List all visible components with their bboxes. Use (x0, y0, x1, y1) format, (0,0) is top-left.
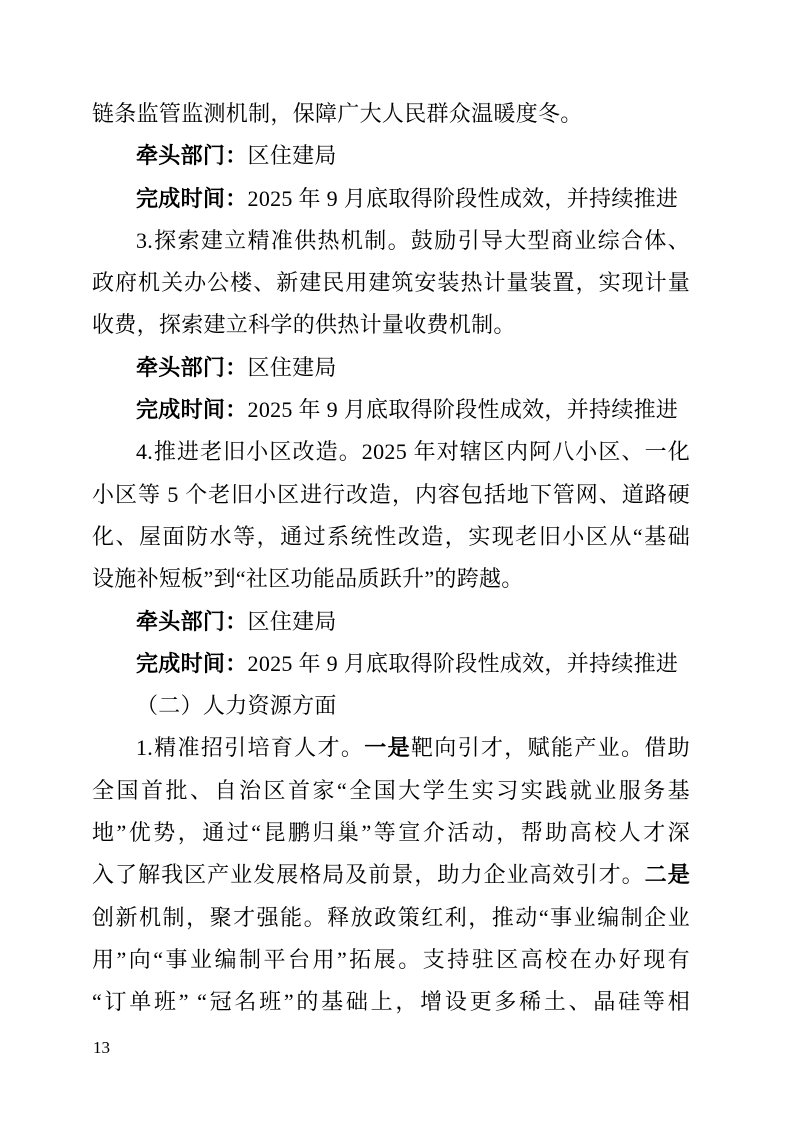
text-run: 3.探索建立精准供热机制。鼓励引导大型商业综合体、 (136, 228, 690, 253)
task4-line-1: 4.推进老旧小区改造。2025 年对辖区内阿八小区、一化 (92, 431, 690, 473)
text-run: “订单班” “冠名班”的基础上，增设更多稀土、晶硅等相 (92, 989, 690, 1014)
section-heading: （二）人力资源方面 (92, 685, 690, 727)
completion-time-value: 2025 年 9 月底取得阶段性成效，并持续推进 (248, 186, 679, 211)
completion-time-line: 完成时间：2025 年 9 月底取得阶段性成效，并持续推进 (92, 389, 690, 431)
lead-department-label: 牵头部门： (136, 143, 248, 168)
task3-line-3: 收费，探索建立科学的供热计量收费机制。 (92, 304, 690, 346)
completion-time-label: 完成时间： (136, 186, 248, 211)
text-run: 地”优势，通过“昆鹏归巢”等宣介活动，帮助高校人才深 (92, 820, 690, 845)
text-run: 靶向引才，赋能产业。借助 (411, 735, 690, 760)
document-body: 链条监管监测机制，保障广大人民群众温暖度冬。 牵头部门：区住建局 完成时间：20… (92, 93, 690, 1024)
task4-line-3: 化、屋面防水等，通过系统性改造，实现老旧小区从“基础 (92, 516, 690, 558)
text-run: 化、屋面防水等，通过系统性改造，实现老旧小区从“基础 (92, 524, 690, 549)
task4-line-2: 小区等 5 个老旧小区进行改造，内容包括地下管网、道路硬 (92, 474, 690, 516)
hr-line-3: 地”优势，通过“昆鹏归巢”等宣介活动，帮助高校人才深 (92, 812, 690, 854)
document-page: 链条监管监测机制，保障广大人民群众温暖度冬。 牵头部门：区住建局 完成时间：20… (0, 0, 793, 1122)
text-run: 收费，探索建立科学的供热计量收费机制。 (92, 312, 516, 337)
text-run: 全国首批、自治区首家“全国大学生实习实践就业服务基 (92, 778, 690, 803)
lead-department-value: 区住建局 (248, 609, 337, 634)
text-run: 4.推进老旧小区改造。2025 年对辖区内阿八小区、一化 (136, 439, 690, 464)
body-line: 链条监管监测机制，保障广大人民群众温暖度冬。 (92, 93, 690, 135)
task3-line-1: 3.探索建立精准供热机制。鼓励引导大型商业综合体、 (92, 220, 690, 262)
text-run: 链条监管监测机制，保障广大人民群众温暖度冬。 (92, 101, 583, 126)
completion-time-line: 完成时间：2025 年 9 月底取得阶段性成效，并持续推进 (92, 643, 690, 685)
page-footer: 13 (93, 1038, 110, 1058)
lead-department-line: 牵头部门：区住建局 (92, 601, 690, 643)
text-run: 入了解我区产业发展格局及前景，助力企业高效引才。 (92, 862, 645, 887)
hr-line-2: 全国首批、自治区首家“全国大学生实习实践就业服务基 (92, 770, 690, 812)
section-heading-text: （二）人力资源方面 (136, 693, 337, 718)
task3-line-2: 政府机关办公楼、新建民用建筑安装热计量装置，实现计量 (92, 262, 690, 304)
hr-line-7: “订单班” “冠名班”的基础上，增设更多稀土、晶硅等相 (92, 981, 690, 1023)
emphasis-second: 二是 (645, 862, 690, 887)
completion-time-label: 完成时间： (136, 651, 248, 676)
text-run: 设施补短板”到“社区功能品质跃升”的跨越。 (92, 566, 524, 591)
text-run: 政府机关办公楼、新建民用建筑安装热计量装置，实现计量 (92, 270, 690, 295)
emphasis-first: 一是 (364, 735, 411, 760)
hr-line-1: 1.精准招引培育人才。一是靶向引才，赋能产业。借助 (92, 727, 690, 769)
hr-line-5: 创新机制，聚才强能。释放政策红利，推动“事业编制企业 (92, 897, 690, 939)
lead-department-label: 牵头部门： (136, 609, 248, 634)
completion-time-label: 完成时间： (136, 397, 248, 422)
text-run: 创新机制，聚才强能。释放政策红利，推动“事业编制企业 (92, 905, 690, 930)
lead-department-value: 区住建局 (248, 355, 337, 380)
completion-time-line: 完成时间：2025 年 9 月底取得阶段性成效，并持续推进 (92, 178, 690, 220)
task4-line-4: 设施补短板”到“社区功能品质跃升”的跨越。 (92, 558, 690, 600)
lead-department-value: 区住建局 (248, 143, 337, 168)
text-run: 1.精准招引培育人才。 (136, 735, 364, 760)
lead-department-line: 牵头部门：区住建局 (92, 135, 690, 177)
lead-department-line: 牵头部门：区住建局 (92, 347, 690, 389)
hr-line-6: 用”向“事业编制平台用”拓展。支持驻区高校在办好现有 (92, 939, 690, 981)
completion-time-value: 2025 年 9 月底取得阶段性成效，并持续推进 (248, 651, 679, 676)
text-run: 用”向“事业编制平台用”拓展。支持驻区高校在办好现有 (92, 947, 690, 972)
lead-department-label: 牵头部门： (136, 355, 248, 380)
text-run: 小区等 5 个老旧小区进行改造，内容包括地下管网、道路硬 (92, 482, 690, 507)
hr-line-4: 入了解我区产业发展格局及前景，助力企业高效引才。二是 (92, 854, 690, 896)
page-number: 13 (93, 1038, 110, 1057)
completion-time-value: 2025 年 9 月底取得阶段性成效，并持续推进 (248, 397, 679, 422)
